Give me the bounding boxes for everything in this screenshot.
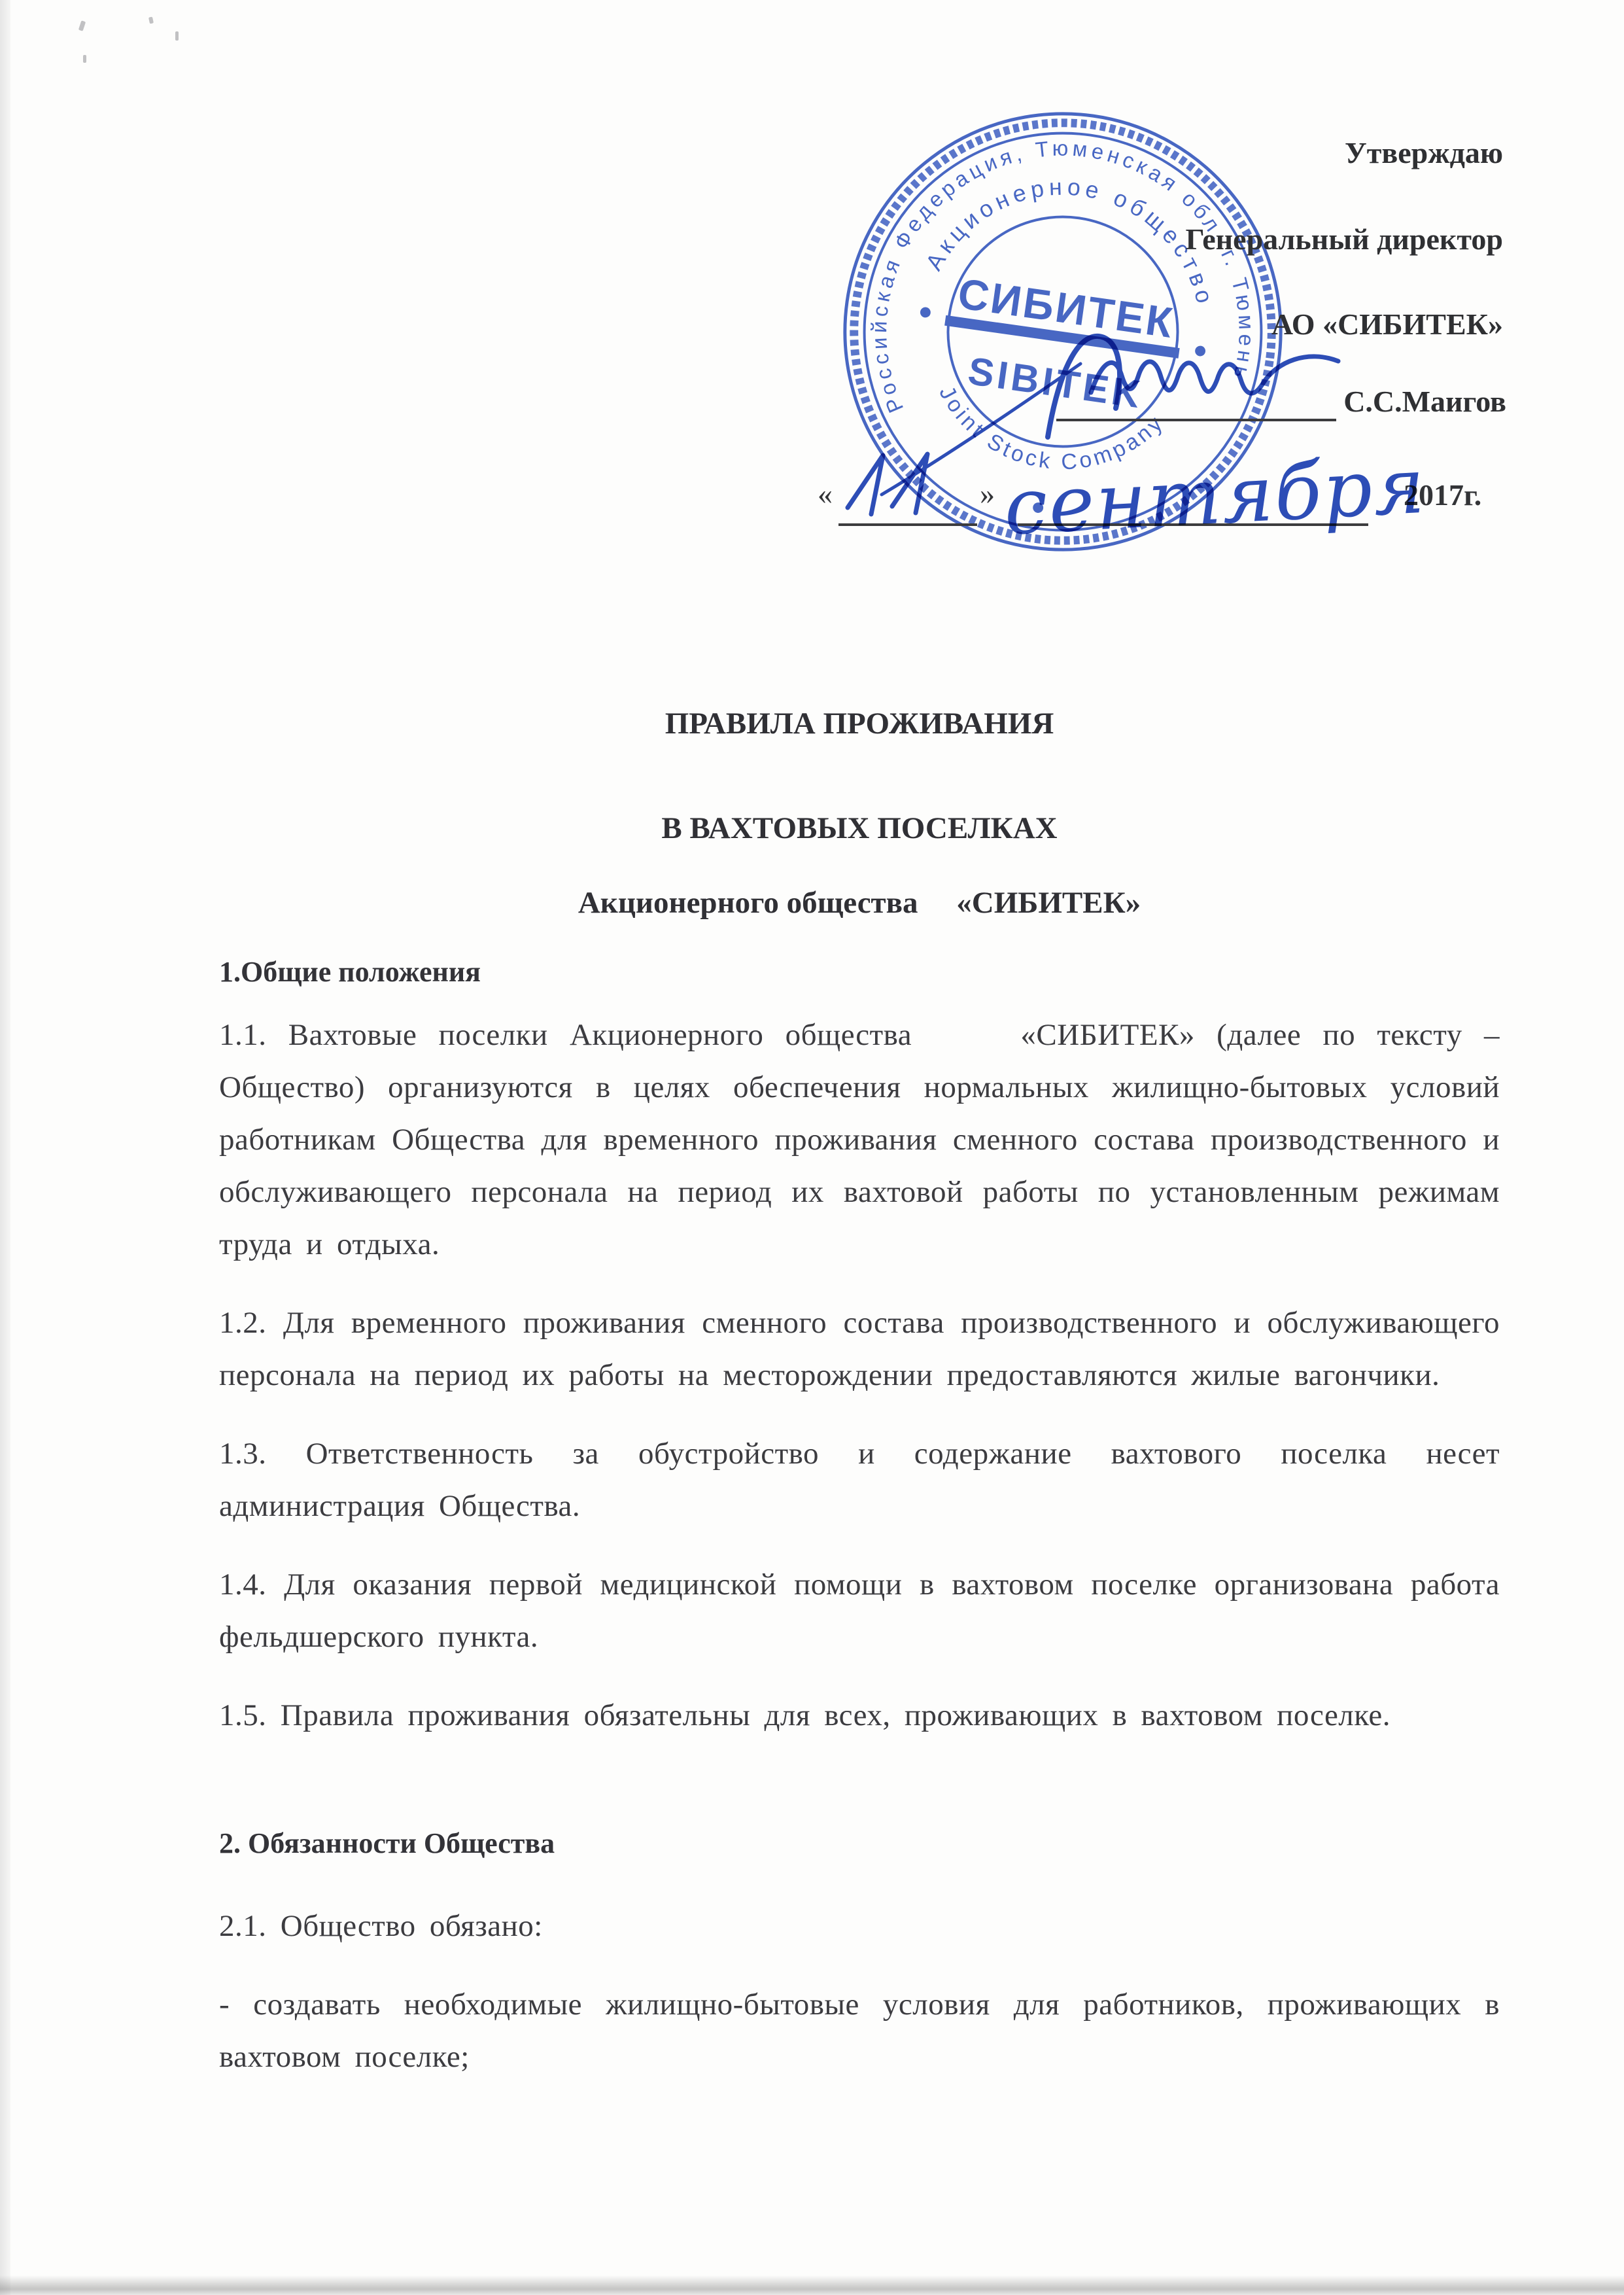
document-body: ПРАВИЛА ПРОЖИВАНИЯ В ВАХТОВЫХ ПОСЕЛКАХ А…: [219, 705, 1500, 2083]
clause-1-5: 1.5. Правила проживания обязательны для …: [219, 1689, 1500, 1742]
clause-1-2: 1.2. Для временного проживания сменного …: [219, 1297, 1500, 1401]
pencil-mark: [78, 20, 86, 31]
stamp-dot-left: [920, 307, 931, 319]
approver-title: Генеральный директор: [1186, 222, 1504, 256]
clause-1-1: 1.1. Вахтовые поселки Акционерного общес…: [219, 1009, 1500, 1270]
approve-label: Утверждаю: [1345, 136, 1503, 170]
document-title-line3: Акционерного общества «СИБИТЕК»: [219, 885, 1500, 921]
document-page: { "page": { "approval_block": { "approve…: [0, 0, 1624, 2295]
date-day-line: [838, 523, 977, 526]
section-1-heading: 1.Общие положения: [219, 955, 1500, 989]
clause-2-1: 2.1. Общество обязано:: [219, 1900, 1500, 1952]
company-name: АО «СИБИТЕК»: [1271, 307, 1503, 342]
signature-line: [1056, 419, 1336, 421]
date-open-quote: «: [818, 476, 833, 511]
document-title-line2: В ВАХТОВЫХ ПОСЕЛКАХ: [219, 810, 1500, 847]
company-stamp: Российская Федерация, Тюменская обл. г. …: [836, 105, 1290, 559]
document-title-line1: ПРАВИЛА ПРОЖИВАНИЯ: [219, 705, 1500, 742]
date-year: 2017г.: [1404, 478, 1481, 512]
date-close-quote: »: [980, 476, 995, 511]
clause-1-3: 1.3. Ответственность за обустройство и с…: [219, 1428, 1500, 1532]
stamp-dot-bottom: [1032, 502, 1044, 514]
pencil-mark: [175, 31, 179, 41]
pencil-mark: [83, 55, 86, 63]
bottom-edge-scan-shadow: [0, 2275, 1624, 2295]
approver-name: С.С.Маигов: [1343, 385, 1506, 419]
pencil-mark: [148, 16, 154, 24]
left-edge-scan-shadow: [0, 0, 10, 2295]
stamp-dot-right: [1194, 345, 1206, 357]
section-2-heading: 2. Обязанности Общества: [219, 1827, 1500, 1861]
stamp-center-line2: SIBITEK: [965, 349, 1146, 417]
clause-2-1-item-1: - создавать необходимые жилищно-бытовые …: [219, 1978, 1500, 2083]
date-month-line: [1018, 523, 1368, 526]
clause-1-4: 1.4. Для оказания первой медицинской пом…: [219, 1558, 1500, 1663]
